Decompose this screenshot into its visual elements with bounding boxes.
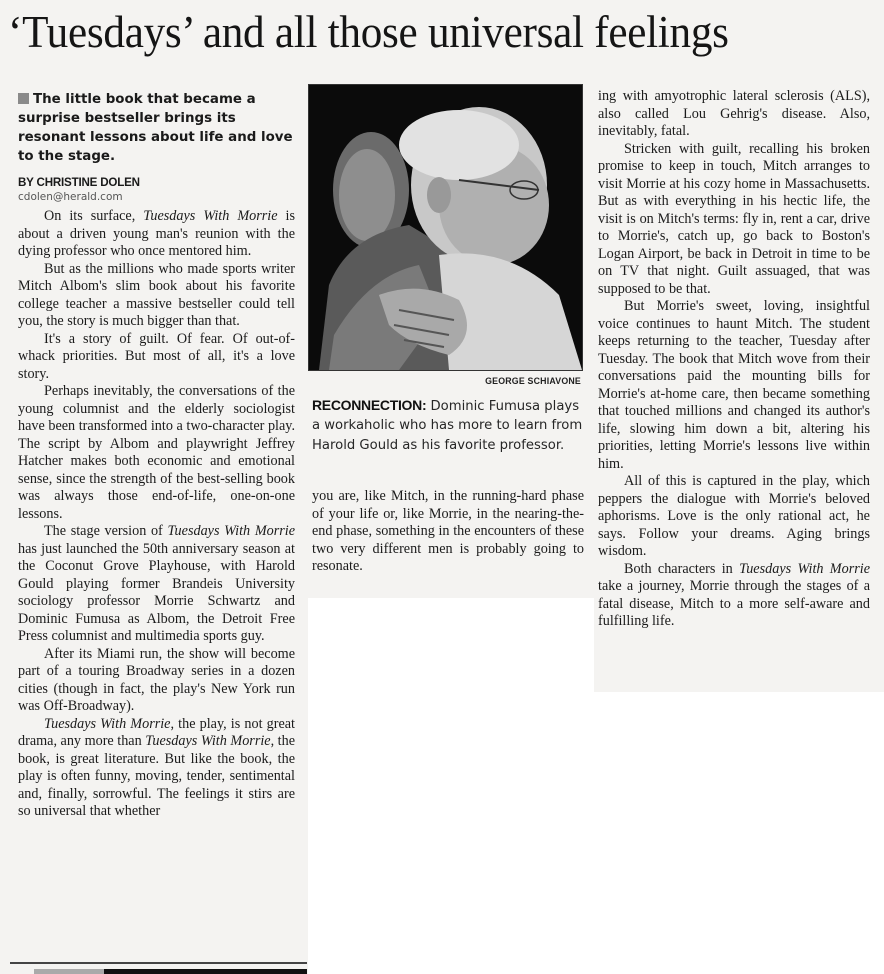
paragraph: Both characters in Tuesdays With Morrie … bbox=[598, 561, 870, 631]
square-bullet-icon bbox=[18, 93, 29, 104]
photo-credit: GEORGE SCHIAVONE bbox=[400, 376, 581, 386]
article-photo bbox=[308, 84, 583, 371]
paragraph: After its Miami run, the show will becom… bbox=[18, 646, 295, 716]
author-email-link[interactable]: cdolen@herald.com bbox=[18, 190, 295, 204]
paragraph: The stage version of Tuesdays With Morri… bbox=[18, 523, 295, 646]
section-divider bbox=[10, 962, 307, 964]
paragraph: Tuesdays With Morrie, the play, is not g… bbox=[18, 716, 295, 821]
column-2: you are, like Mitch, in the running-hard… bbox=[312, 488, 584, 576]
paragraph: All of this is captured in the play, whi… bbox=[598, 473, 870, 561]
paragraph: It's a story of guilt. Of fear. Of out-o… bbox=[18, 331, 295, 384]
next-photo-edge bbox=[34, 969, 307, 974]
photo-caption: RECONNECTION: Dominic Fumusa plays a wor… bbox=[312, 396, 584, 455]
photo-embrace-image bbox=[309, 85, 582, 370]
paragraph: Stricken with guilt, recalling his broke… bbox=[598, 141, 870, 299]
paragraph: you are, like Mitch, in the running-hard… bbox=[312, 488, 584, 576]
deck-text: The little book that became a surprise b… bbox=[18, 92, 293, 164]
paragraph: On its surface, Tuesdays With Morrie is … bbox=[18, 208, 295, 261]
byline: BY CHRISTINE DOLEN bbox=[18, 176, 295, 190]
paragraph: But Morrie's sweet, loving, insightful v… bbox=[598, 298, 870, 473]
column-3: ing with amyotrophic lateral sclerosis (… bbox=[598, 88, 870, 631]
headline: ‘Tuesdays’ and all those universal feeli… bbox=[8, 4, 845, 64]
paragraph: Perhaps inevitably, the conversations of… bbox=[18, 383, 295, 523]
paragraph: ing with amyotrophic lateral sclerosis (… bbox=[598, 88, 870, 141]
deck: The little book that became a surprise b… bbox=[18, 90, 295, 166]
paragraph: But as the millions who made sports writ… bbox=[18, 261, 295, 331]
caption-kicker: RECONNECTION: bbox=[312, 397, 426, 413]
column-1: The little book that became a surprise b… bbox=[18, 90, 295, 821]
